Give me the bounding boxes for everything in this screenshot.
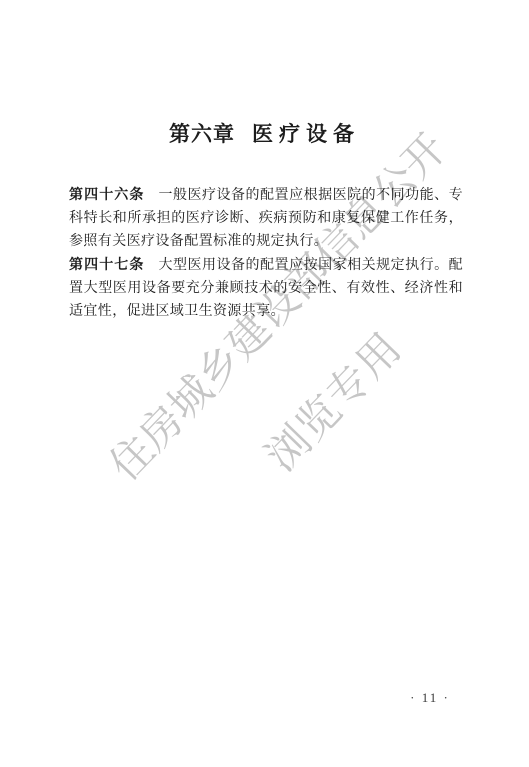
chapter-subject: 医疗设备	[252, 123, 360, 146]
article-text-block: 第四十六条一般医疗设备的配置应根据医院的不同功能、专科特长和所承担的医疗诊断、疾…	[69, 183, 463, 323]
page-number: · 11 ·	[402, 690, 458, 706]
document-page: 住房城乡建设部信息公开 浏览专用 第六章医疗设备 第四十六条一般医疗设备的配置应…	[0, 0, 529, 767]
chapter-title: 第六章医疗设备	[0, 118, 529, 148]
article-47: 第四十七条大型医用设备的配置应按国家相关规定执行。配置大型医用设备要充分兼顾技术…	[69, 253, 463, 323]
article-46-number: 第四十六条	[69, 186, 145, 202]
article-46: 第四十六条一般医疗设备的配置应根据医院的不同功能、专科特长和所承担的医疗诊断、疾…	[69, 183, 463, 253]
watermark-line-2: 浏览专用	[251, 317, 414, 482]
article-47-number: 第四十七条	[69, 256, 145, 272]
chapter-number: 第六章	[169, 123, 235, 146]
